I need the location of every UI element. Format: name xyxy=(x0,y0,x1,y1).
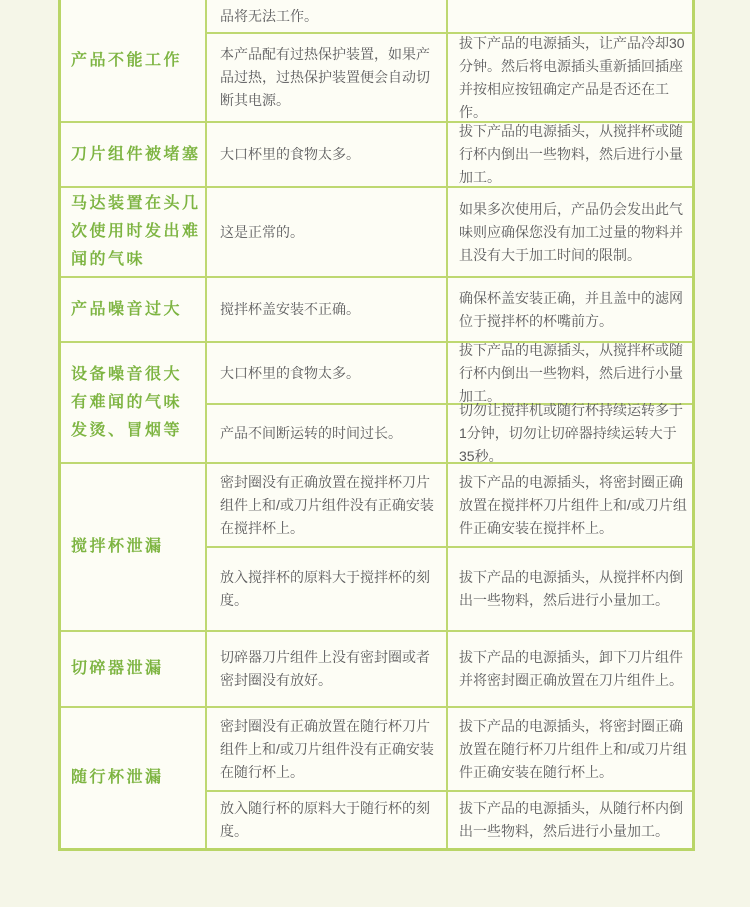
problem-cell: 搅拌杯泄漏 xyxy=(61,464,205,630)
solution-text: 拔下产品的电源插头，从搅拌杯或随行杯内倒出一些物料，然后进行小量加工。 xyxy=(459,120,688,189)
solution-cell: 拔下产品的电源插头，将密封圈正确放置在随行杯刀片组件上和/或刀片组件正确安装在随… xyxy=(448,708,692,790)
cause-cell: 大口杯里的食物太多。 xyxy=(207,343,446,403)
solution-cell xyxy=(448,0,692,32)
solution-cell: 拔下产品的电源插头，卸下刀片组件并将密封圈正确放置在刀片组件上。 xyxy=(448,632,692,706)
cause-cell: 放入搅拌杯的原料大于搅拌杯的刻度。 xyxy=(207,548,446,630)
solution-cell: 拔下产品的电源插头，从搅拌杯或随行杯内倒出一些物料，然后进行小量加工。 xyxy=(448,343,692,403)
problem-label: 次使用时发出难 xyxy=(71,218,201,246)
cause-cell: 密封圈没有正确放置在随行杯刀片组件上和/或刀片组件没有正确安装在随行杯上。 xyxy=(207,708,446,790)
problem-label: 随行杯泄漏 xyxy=(71,764,201,792)
cause-cell: 产品不间断运转的时间过长。 xyxy=(207,405,446,462)
cause-cell: 这是正常的。 xyxy=(207,188,446,276)
solution-text: 拔下产品的电源插头，从随行杯内倒出一些物料，然后进行小量加工。 xyxy=(459,797,688,843)
cause-cell: 切碎器刀片组件上没有密封圈或者密封圈没有放好。 xyxy=(207,632,446,706)
solution-cell: 拔下产品的电源插头，从搅拌杯内倒出一些物料，然后进行小量加工。 xyxy=(448,548,692,630)
problem-cell: 产品不能工作 xyxy=(61,0,205,121)
problem-label: 马达装置在头几 xyxy=(71,190,201,218)
problem-cell: 产品噪音过大 xyxy=(61,278,205,341)
problem-label: 产品不能工作 xyxy=(71,47,201,75)
solution-text: 确保杯盖安装正确，并且盖中的滤网位于搅拌杯的杯嘴前方。 xyxy=(459,287,688,333)
solution-cell: 拔下产品的电源插头，从搅拌杯或随行杯内倒出一些物料，然后进行小量加工。 xyxy=(448,123,692,186)
problem-label: 刀片组件被堵塞 xyxy=(71,141,201,169)
cause-text: 产品不间断运转的时间过长。 xyxy=(220,422,437,445)
manual-page: 产品不能工作 品将无法工作。 本产品配有过热保护装置，如果产品过热，过热保护装置… xyxy=(0,0,750,907)
cause-text: 品将无法工作。 xyxy=(220,5,437,28)
problem-cell: 随行杯泄漏 xyxy=(61,708,205,848)
cause-cell: 大口杯里的食物太多。 xyxy=(207,123,446,186)
cause-cell: 品将无法工作。 xyxy=(207,0,446,32)
problem-cell: 切碎器泄漏 xyxy=(61,632,205,706)
problem-label: 产品噪音过大 xyxy=(71,296,201,324)
solution-cell: 拔下产品的电源插头，将密封圈正确放置在搅拌杯刀片组件上和/或刀片组件正确安装在搅… xyxy=(448,464,692,546)
cause-text: 放入随行杯的原料大于随行杯的刻度。 xyxy=(220,797,437,843)
solution-text: 拔下产品的电源插头，将密封圈正确放置在搅拌杯刀片组件上和/或刀片组件正确安装在搅… xyxy=(459,471,688,540)
solution-cell: 确保杯盖安装正确，并且盖中的滤网位于搅拌杯的杯嘴前方。 xyxy=(448,278,692,341)
cause-text: 搅拌杯盖安装不正确。 xyxy=(220,298,437,321)
problem-cell: 设备噪音很大 有难闻的气味 发烫、冒烟等 xyxy=(61,343,205,462)
solution-cell: 切勿让搅拌机或随行杯持续运转多于1分钟，切勿让切碎器持续运转大于35秒。 xyxy=(448,405,692,462)
cause-text: 本产品配有过热保护装置，如果产品过热，过热保护装置便会自动切断其电源。 xyxy=(220,43,437,112)
solution-text: 拔下产品的电源插头，从搅拌杯或随行杯内倒出一些物料，然后进行小量加工。 xyxy=(459,339,688,408)
cause-text: 放入搅拌杯的原料大于搅拌杯的刻度。 xyxy=(220,566,437,612)
solution-text: 拔下产品的电源插头，让产品冷却30分钟。然后将电源插头重新插回插座并按相应按钮确… xyxy=(459,32,688,124)
cause-cell: 放入随行杯的原料大于随行杯的刻度。 xyxy=(207,792,446,848)
solution-text: 拔下产品的电源插头，从搅拌杯内倒出一些物料，然后进行小量加工。 xyxy=(459,566,688,612)
cause-text: 切碎器刀片组件上没有密封圈或者密封圈没有放好。 xyxy=(220,646,437,692)
solution-cell: 拔下产品的电源插头，从随行杯内倒出一些物料，然后进行小量加工。 xyxy=(448,792,692,848)
cause-text: 大口杯里的食物太多。 xyxy=(220,362,437,385)
problem-label: 搅拌杯泄漏 xyxy=(71,533,201,561)
problem-label: 切碎器泄漏 xyxy=(71,655,201,683)
solution-text: 拔下产品的电源插头，将密封圈正确放置在随行杯刀片组件上和/或刀片组件正确安装在随… xyxy=(459,715,688,784)
solution-text: 拔下产品的电源插头，卸下刀片组件并将密封圈正确放置在刀片组件上。 xyxy=(459,646,688,692)
problem-label: 闻的气味 xyxy=(71,246,201,274)
solution-text: 如果多次使用后，产品仍会发出此气味则应确保您没有加工过量的物料并且没有大于加工时… xyxy=(459,198,688,267)
cause-cell: 密封圈没有正确放置在搅拌杯刀片组件上和/或刀片组件没有正确安装在搅拌杯上。 xyxy=(207,464,446,546)
problem-label: 设备噪音很大 xyxy=(71,361,201,389)
solution-cell: 拔下产品的电源插头，让产品冷却30分钟。然后将电源插头重新插回插座并按相应按钮确… xyxy=(448,34,692,121)
problem-label: 有难闻的气味 xyxy=(71,389,201,417)
cause-cell: 搅拌杯盖安装不正确。 xyxy=(207,278,446,341)
cause-cell: 本产品配有过热保护装置，如果产品过热，过热保护装置便会自动切断其电源。 xyxy=(207,34,446,121)
troubleshooting-table: 产品不能工作 品将无法工作。 本产品配有过热保护装置，如果产品过热，过热保护装置… xyxy=(58,0,695,851)
cause-text: 这是正常的。 xyxy=(220,221,437,244)
problem-label: 发烫、冒烟等 xyxy=(71,417,201,445)
solution-cell: 如果多次使用后，产品仍会发出此气味则应确保您没有加工过量的物料并且没有大于加工时… xyxy=(448,188,692,276)
problem-cell: 马达装置在头几 次使用时发出难 闻的气味 xyxy=(61,188,205,276)
cause-text: 密封圈没有正确放置在随行杯刀片组件上和/或刀片组件没有正确安装在随行杯上。 xyxy=(220,715,437,784)
cause-text: 密封圈没有正确放置在搅拌杯刀片组件上和/或刀片组件没有正确安装在搅拌杯上。 xyxy=(220,471,437,540)
solution-text: 切勿让搅拌机或随行杯持续运转多于1分钟，切勿让切碎器持续运转大于35秒。 xyxy=(459,399,688,468)
cause-text: 大口杯里的食物太多。 xyxy=(220,143,437,166)
problem-cell: 刀片组件被堵塞 xyxy=(61,123,205,186)
